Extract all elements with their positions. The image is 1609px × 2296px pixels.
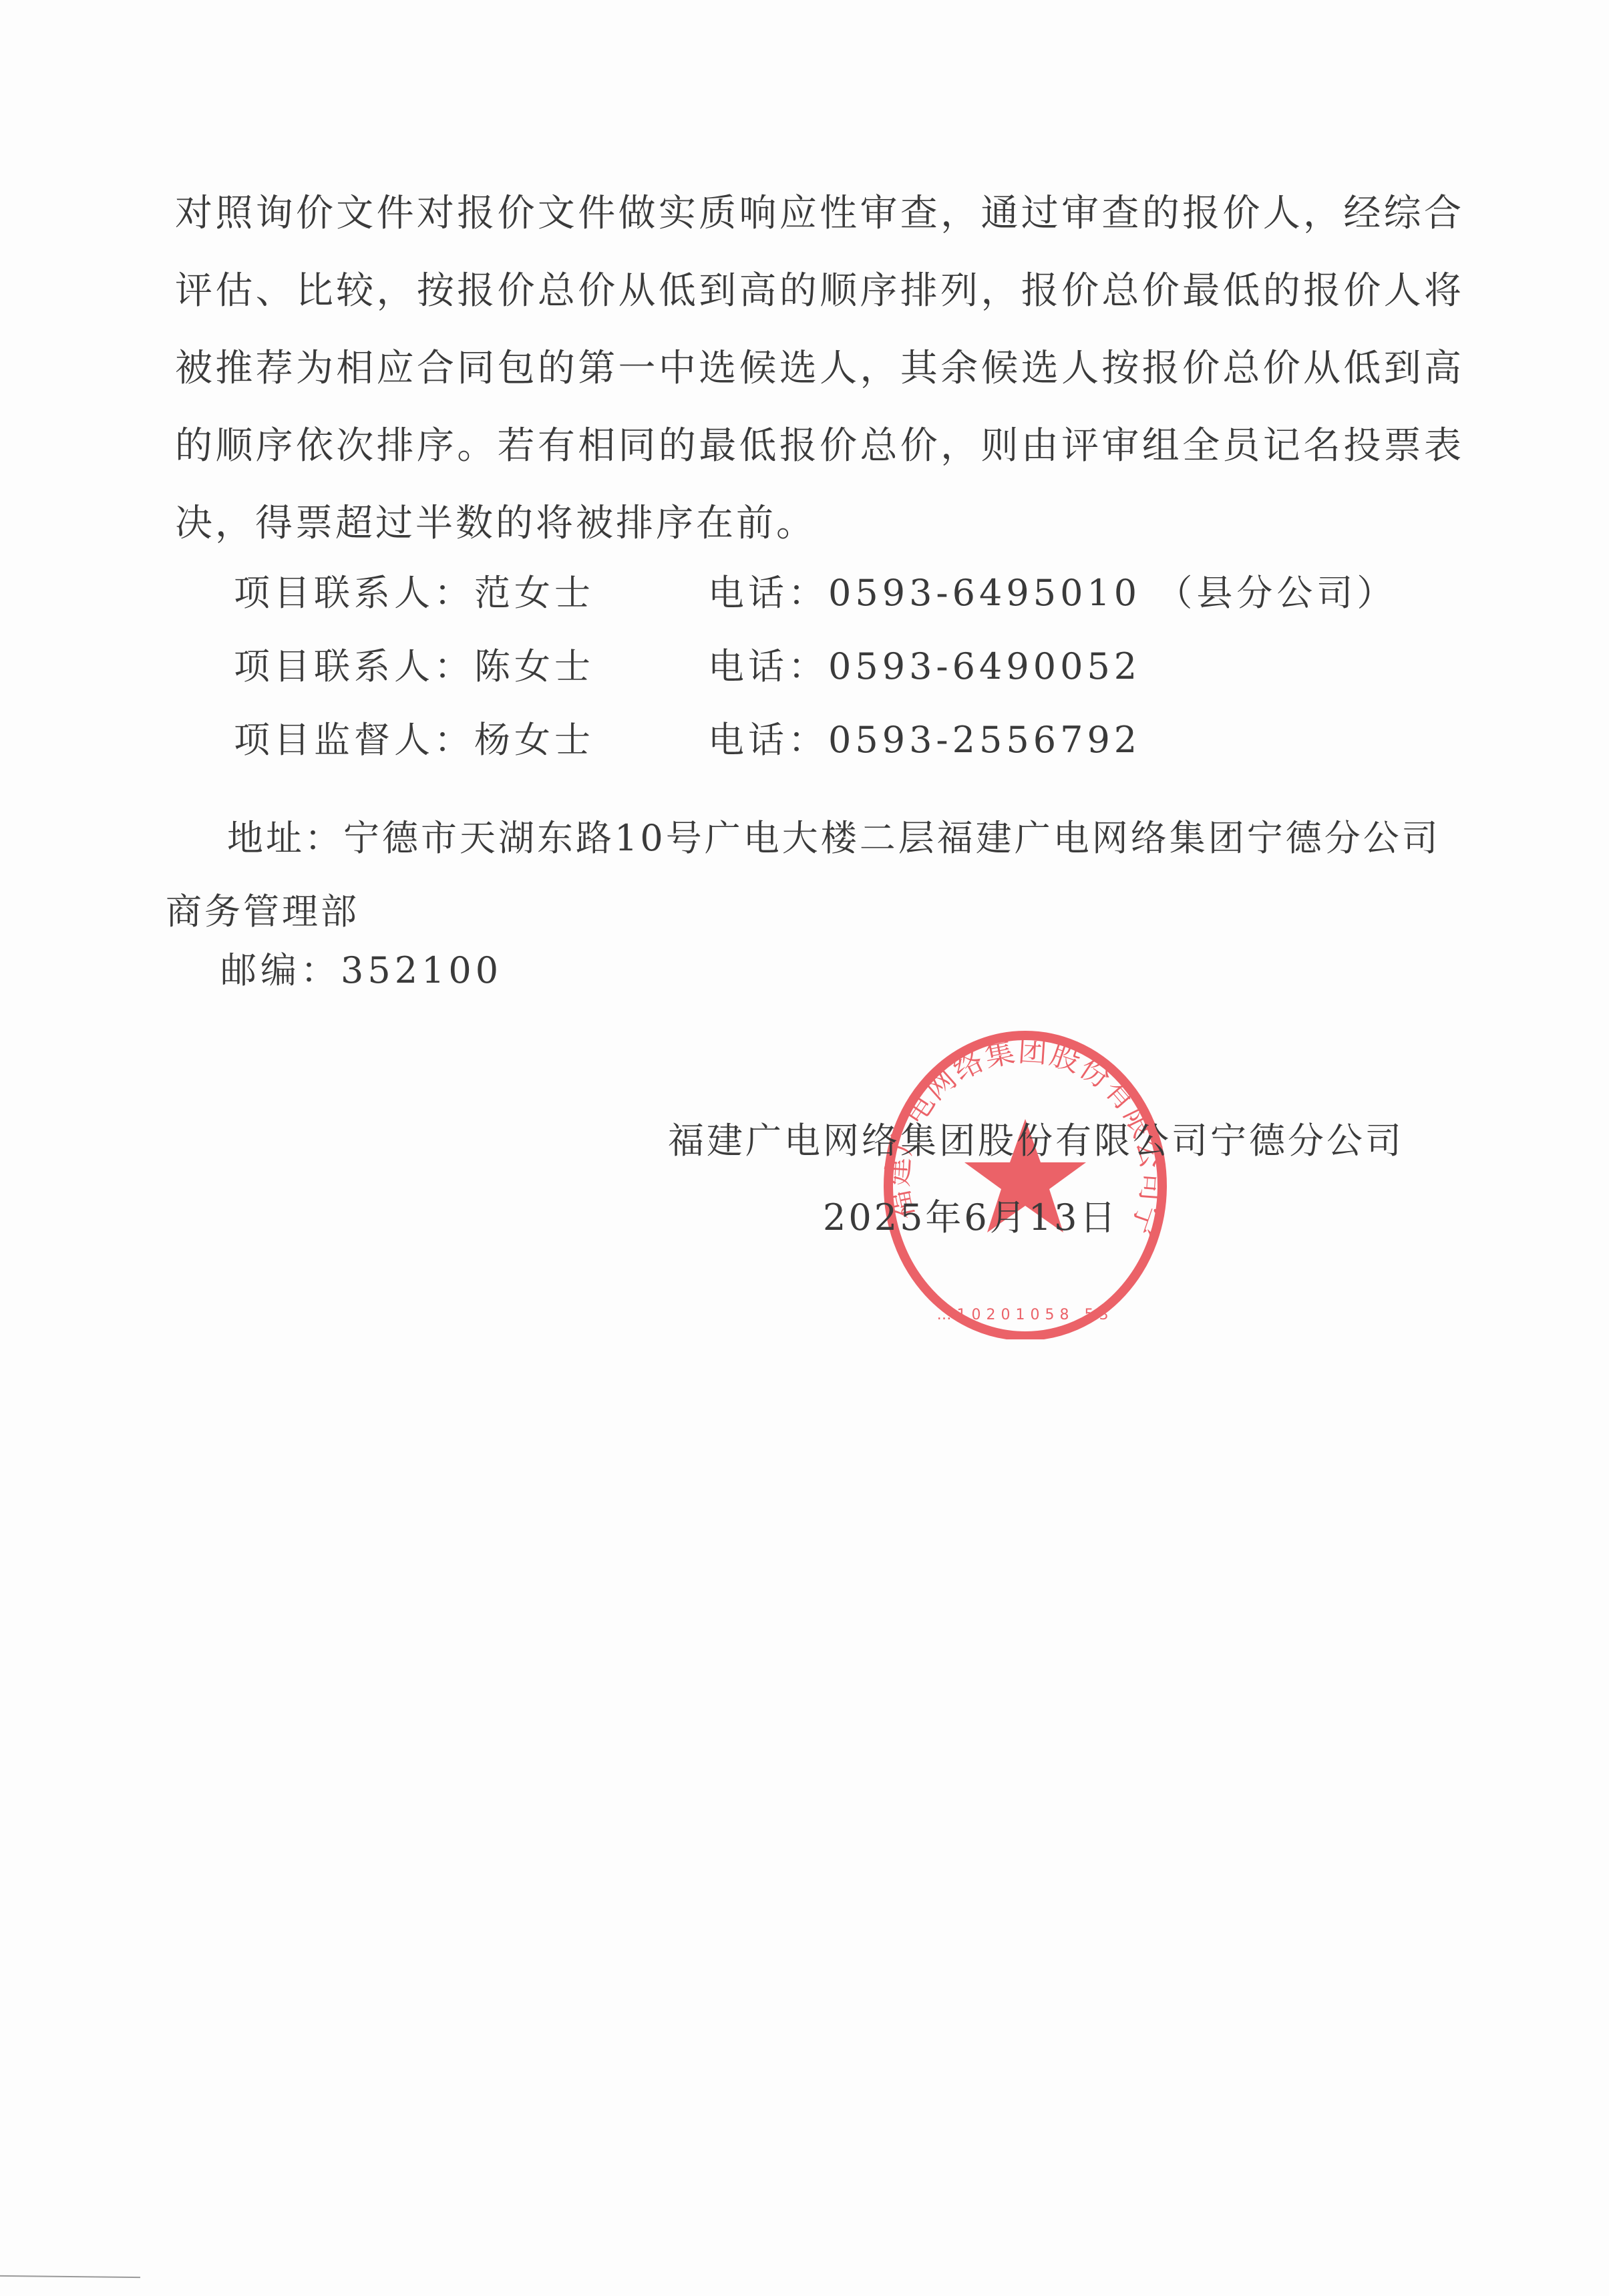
contact-phone: 电话：0593-6490052	[708, 638, 1141, 689]
svg-text:…10201058 53: …10201058 53	[937, 1307, 1114, 1323]
address: 地址：宁德市天湖东路10号广电大楼二层福建广电网络集团宁德分公司商务管理部	[166, 802, 1461, 949]
contact-label: 项目联系人：陈女士	[234, 638, 594, 689]
contact-phone: 电话：0593-2556792	[708, 711, 1141, 763]
postal-code: 邮编：352100	[220, 942, 502, 993]
scan-edge-line	[0, 2275, 140, 2278]
company-seal-icon: 福建广电网络集团股份有限公司宁德分公司 …10201058 53	[868, 1025, 1182, 1339]
signing-date: 2025年6月13日	[823, 1189, 1119, 1241]
document-page: 对照询价文件对报价文件做实质响应性审查，通过审查的报价人，经综合评估、比较，按报…	[0, 0, 1609, 2296]
contact-phone: 电话：0593-6495010 （县分公司）	[708, 564, 1397, 616]
supervisor-label: 项目监督人：杨女士	[234, 711, 594, 763]
contact-label: 项目联系人：范女士	[234, 564, 594, 616]
signing-organization: 福建广电网络集团股份有限公司宁德分公司	[668, 1112, 1404, 1164]
evaluation-paragraph: 对照询价文件对报价文件做实质响应性审查，通过审查的报价人，经综合评估、比较，按报…	[175, 175, 1464, 562]
